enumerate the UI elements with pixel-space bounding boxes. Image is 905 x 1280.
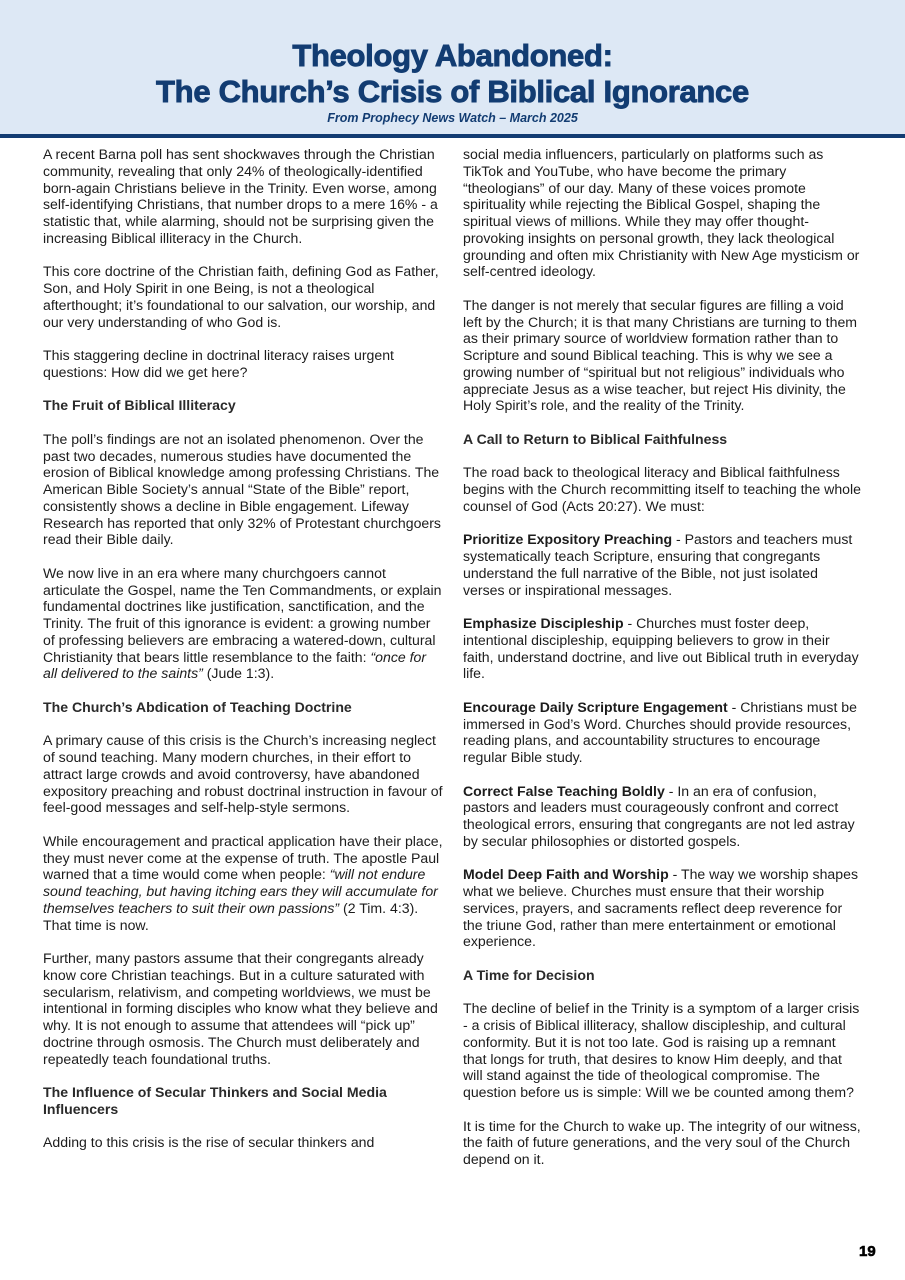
right-column: social media influencers, particularly o…: [463, 146, 863, 1185]
section-heading: The Church’s Abdication of Teaching Doct…: [43, 699, 443, 716]
paragraph: The danger is not merely that secular fi…: [463, 297, 863, 414]
paragraph: The poll’s findings are not an isolated …: [43, 431, 443, 548]
action-point-term: Correct False Teaching Boldly: [463, 783, 665, 799]
section-heading: A Time for Decision: [463, 967, 863, 984]
action-point: Model Deep Faith and Worship - The way w…: [463, 866, 863, 950]
page-number: 19: [859, 1243, 876, 1260]
article-title-line-2: The Church’s Crisis of Biblical Ignoranc…: [0, 74, 905, 110]
paragraph: It is time for the Church to wake up. Th…: [463, 1118, 863, 1168]
section-heading: The Fruit of Biblical Illiteracy: [43, 397, 443, 414]
paragraph: Adding to this crisis is the rise of sec…: [43, 1134, 443, 1151]
article-title-line-1: Theology Abandoned:: [0, 38, 905, 74]
paragraph: We now live in an era where many churchg…: [43, 565, 443, 682]
action-point-term: Encourage Daily Scripture Engagement: [463, 699, 728, 715]
paragraph: A primary cause of this crisis is the Ch…: [43, 732, 443, 816]
paragraph: This core doctrine of the Christian fait…: [43, 263, 443, 330]
section-heading: A Call to Return to Biblical Faithfulnes…: [463, 431, 863, 448]
paragraph: Further, many pastors assume that their …: [43, 950, 443, 1067]
paragraph: social media influencers, particularly o…: [463, 146, 863, 280]
action-point-term: Emphasize Discipleship: [463, 615, 624, 631]
action-point-term: Model Deep Faith and Worship: [463, 866, 669, 882]
action-point-term: Prioritize Expository Preaching: [463, 531, 672, 547]
scripture-reference: (Jude 1:3).: [203, 665, 274, 681]
action-point: Prioritize Expository Preaching - Pastor…: [463, 531, 863, 598]
left-column: A recent Barna poll has sent shockwaves …: [43, 146, 443, 1168]
action-point: Encourage Daily Scripture Engagement - C…: [463, 699, 863, 766]
paragraph: This staggering decline in doctrinal lit…: [43, 347, 443, 381]
paragraph: A recent Barna poll has sent shockwaves …: [43, 146, 443, 247]
paragraph: While encouragement and practical applic…: [43, 833, 443, 934]
section-heading: The Influence of Secular Thinkers and So…: [43, 1084, 443, 1118]
action-point: Correct False Teaching Boldly - In an er…: [463, 783, 863, 850]
article-header: Theology Abandoned: The Church’s Crisis …: [0, 0, 905, 134]
action-point: Emphasize Discipleship - Churches must f…: [463, 615, 863, 682]
paragraph: The road back to theological literacy an…: [463, 464, 863, 514]
paragraph: The decline of belief in the Trinity is …: [463, 1000, 863, 1101]
article-source-byline: From Prophecy News Watch – March 2025: [0, 111, 905, 125]
header-divider: [0, 134, 905, 138]
